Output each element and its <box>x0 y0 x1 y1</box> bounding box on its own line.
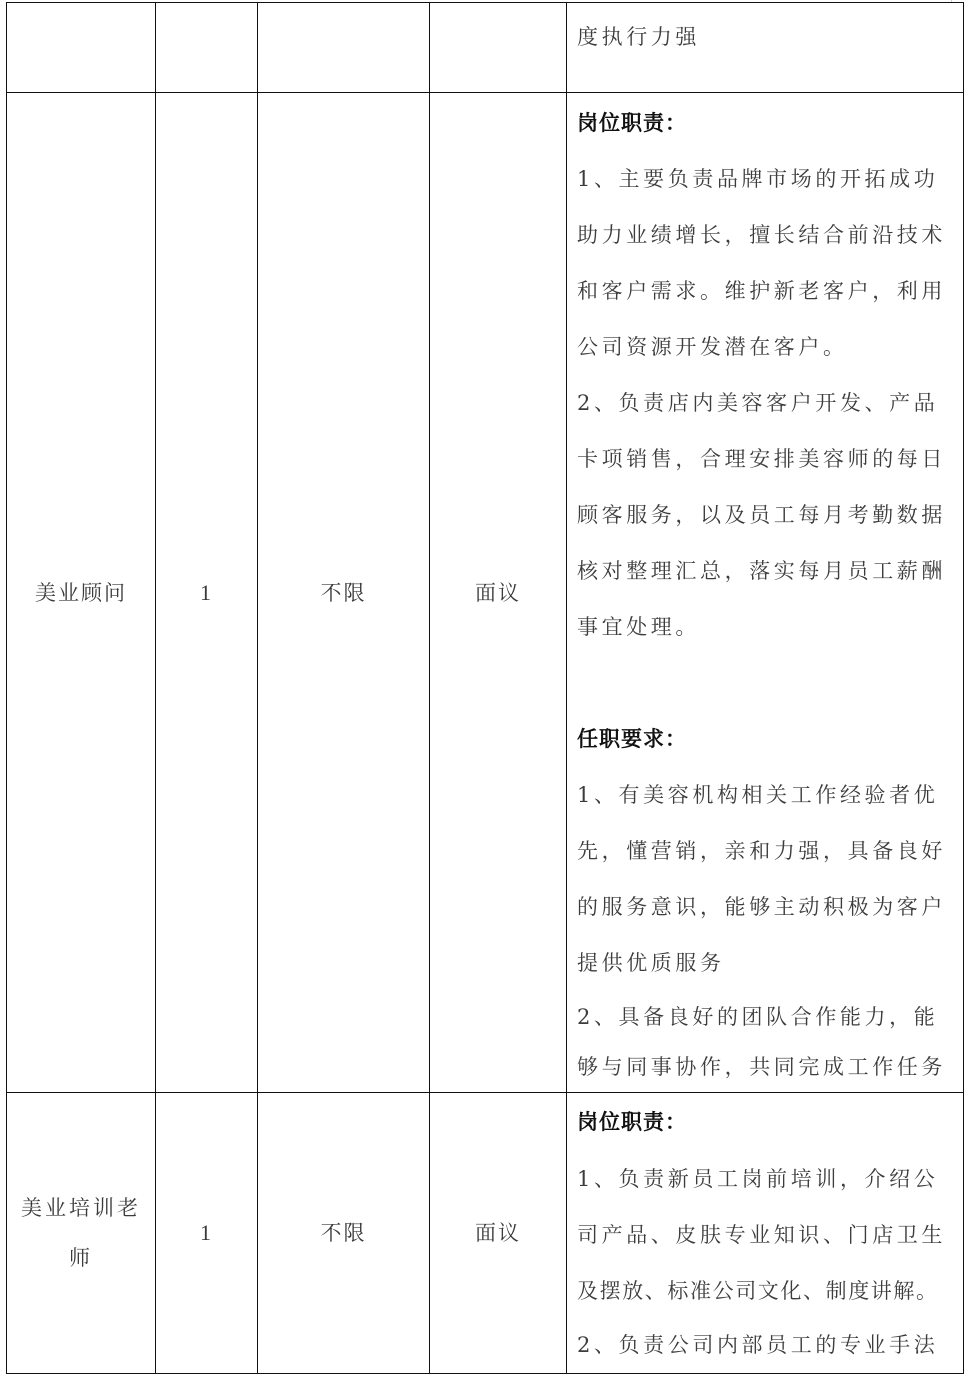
table-row: 美业顾问 1 不限 面议 岗位职责： 1、主要负责品牌市场的开拓成功 助力业绩增… <box>7 93 964 1093</box>
salary: 面议 <box>475 568 521 618</box>
position-cell <box>7 3 156 93</box>
description-line: 公司资源开发潜在客户。 <box>577 319 955 375</box>
description-line: 司产品、皮肤专业知识、门店卫生 <box>577 1207 955 1263</box>
education-cell: 不限 <box>258 1093 430 1374</box>
section-heading: 任职要求： <box>577 711 955 767</box>
description-line: 度执行力强 <box>577 7 955 67</box>
description-cell: 度执行力强 <box>567 3 964 93</box>
description-line: 助力业绩增长，擅长结合前沿技术 <box>577 207 955 263</box>
description-line: 先，懂营销，亲和力强，具备良好 <box>577 823 955 879</box>
description-line: 的服务意识，能够主动积极为客户 <box>577 879 955 935</box>
position-name: 美业培训老师 <box>16 1183 146 1283</box>
education-cell <box>258 3 430 93</box>
salary-cell <box>430 3 567 93</box>
education-requirement: 不限 <box>321 1208 367 1258</box>
headcount: 1 <box>200 568 213 618</box>
description-cell: 岗位职责： 1、负责新员工岗前培训，介绍公 司产品、皮肤专业知识、门店卫生 及摆… <box>567 1093 964 1374</box>
education-cell: 不限 <box>258 93 430 1093</box>
headcount: 1 <box>200 1208 213 1258</box>
description-cell: 岗位职责： 1、主要负责品牌市场的开拓成功 助力业绩增长，擅长结合前沿技术 和客… <box>567 93 964 1093</box>
description-line: 1、主要负责品牌市场的开拓成功 <box>577 151 955 207</box>
description-line: 顾客服务，以及员工每月考勤数据 <box>577 487 955 543</box>
description-line: 2、具备良好的团队合作能力，能 <box>577 991 955 1043</box>
count-cell: 1 <box>156 1093 258 1374</box>
description-line: 够与同事协作，共同完成工作任务 <box>577 1043 955 1087</box>
description-line: 1、负责新员工岗前培训，介绍公 <box>577 1151 955 1207</box>
position-cell: 美业培训老师 <box>7 1093 156 1374</box>
description-line: 事宜处理。 <box>577 599 955 655</box>
count-cell: 1 <box>156 93 258 1093</box>
section-heading: 岗位职责： <box>577 1093 955 1151</box>
position-cell: 美业顾问 <box>7 93 156 1093</box>
count-cell <box>156 3 258 93</box>
description-line: 2、负责店内美容客户开发、产品 <box>577 375 955 431</box>
description-line: 1、有美容机构相关工作经验者优 <box>577 767 955 823</box>
description-line: 和客户需求。维护新老客户，利用 <box>577 263 955 319</box>
position-name: 美业顾问 <box>35 568 127 618</box>
table-row: 美业培训老师 1 不限 面议 岗位职责： 1、负责新员工岗前培训，介绍公 司产品… <box>7 1093 964 1374</box>
education-requirement: 不限 <box>321 568 367 618</box>
description-line: 卡项销售，合理安排美容师的每日 <box>577 431 955 487</box>
salary-cell: 面议 <box>430 93 567 1093</box>
job-listing-table: 度执行力强 美业顾问 1 不限 面议 岗位职责： 1、主要负责品牌市场的开拓成功… <box>6 2 964 1374</box>
description-line: 核对整理汇总，落实每月员工薪酬 <box>577 543 955 599</box>
section-heading: 岗位职责： <box>577 95 955 151</box>
blank-line <box>577 655 955 711</box>
description-line: 提供优质服务 <box>577 935 955 991</box>
salary-cell: 面议 <box>430 1093 567 1374</box>
salary: 面议 <box>475 1208 521 1258</box>
description-line: 2、负责公司内部员工的专业手法 <box>577 1319 955 1371</box>
table-row: 度执行力强 <box>7 3 964 93</box>
description-line: 及摆放、标准公司文化、制度讲解。 <box>577 1263 955 1319</box>
